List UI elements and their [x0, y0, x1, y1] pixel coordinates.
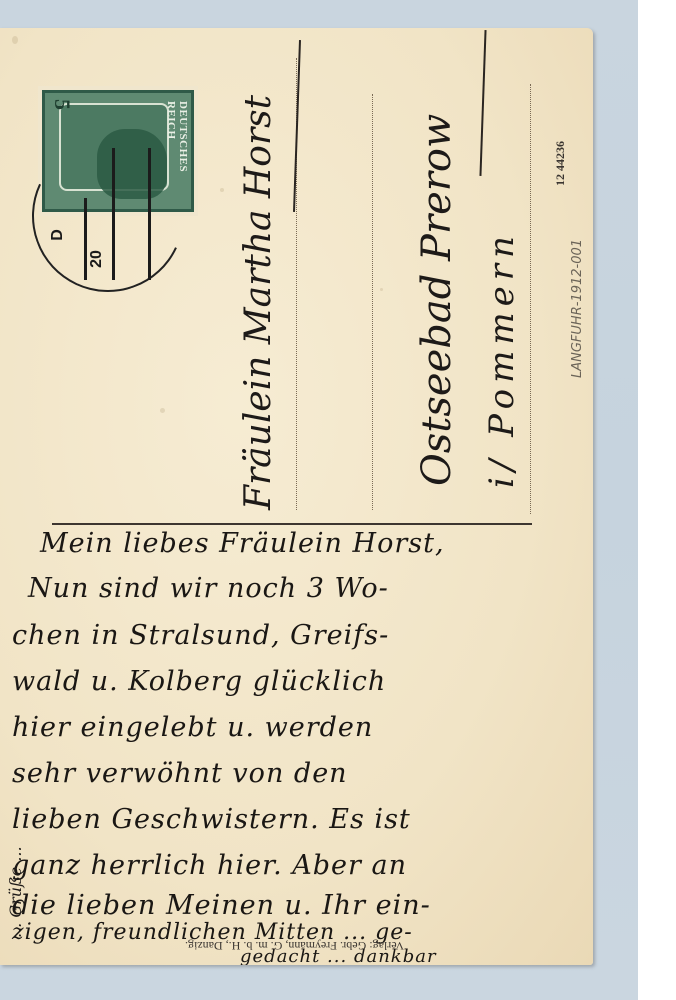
recipient-town: Ostseebad Prerow	[414, 114, 460, 486]
image-margin	[638, 0, 676, 1000]
pencil-archive-note: LANGFUHR-1912-001	[570, 239, 585, 378]
postmark-bar	[84, 198, 87, 280]
publisher-imprint: Verlag: Gebr. Freymann, G. m. b. H., Dan…	[185, 938, 404, 953]
postmark-bar	[148, 148, 151, 280]
message-line: chen in Stralsund, Greifs-	[12, 620, 389, 651]
card-number: 12 44236	[553, 141, 568, 186]
message-line: Mein liebes Fräulein Horst,	[40, 528, 445, 559]
paper-speck	[220, 188, 224, 192]
recipient-region: i/ Pommern	[482, 230, 522, 488]
address-line-2	[372, 94, 373, 510]
stamp-value: 5	[49, 99, 75, 110]
margin-note: ... Grüße ...	[6, 846, 25, 938]
message-line: die lieben Meinen u. Ihr ein-	[12, 890, 431, 921]
paper-speck	[380, 288, 383, 291]
message-line: wald u. Kolberg glücklich	[12, 666, 386, 697]
message-line: sehr verwöhnt von den	[12, 758, 348, 789]
address-line-3	[530, 84, 531, 514]
message-line: ganz herrlich hier. Aber an	[12, 850, 407, 881]
postmark-date: 20	[88, 250, 106, 268]
postmark-letter: D	[49, 229, 67, 241]
recipient-name: Fräulein Martha Horst	[238, 95, 279, 510]
postmark-bar	[112, 148, 115, 280]
divider-line	[52, 523, 532, 525]
paper-speck	[160, 408, 165, 413]
address-underline-stroke	[479, 30, 486, 176]
message-line: lieben Geschwistern. Es ist	[12, 804, 411, 835]
message-line: hier eingelebt u. werden	[12, 712, 373, 743]
paper-speck	[12, 36, 18, 44]
message-line: Nun sind wir noch 3 Wo-	[28, 573, 389, 604]
postcard: 5 DEUTSCHES REICH D 20 Fräulein Martha H…	[0, 28, 593, 965]
